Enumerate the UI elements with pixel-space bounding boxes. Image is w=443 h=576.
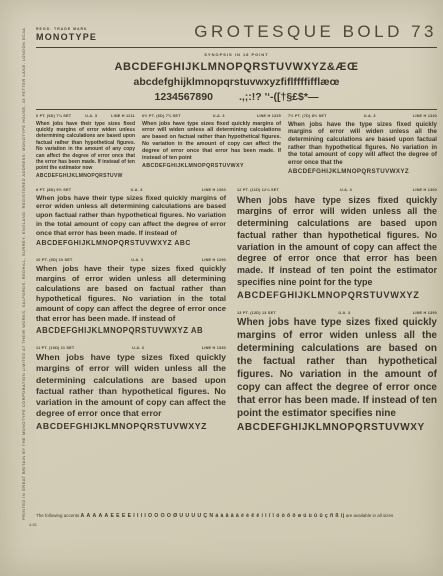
- printer-imprint-vertical: PRINTED IN GREAT BRITAIN BY THE MONOTYPE…: [21, 28, 26, 520]
- specimen-line: LINE H 1325: [257, 114, 281, 118]
- specimen-text: When jobs have type sizes fixed quickly …: [237, 317, 437, 420]
- synopsis-lowercase: abcdefghijklmnopqrstuvwxyzfiflffffifflæœ: [36, 76, 437, 88]
- specimen-7half-pt: 7½ PT. (7D) 8½ SET U.A. 3 LINE H 1340 Wh…: [288, 114, 437, 179]
- header-rule: [36, 47, 437, 48]
- specimen-alphabet: ABCDEFGHIJKLMNOPQRSTUVW: [36, 173, 135, 179]
- specimen-6pt: 6 PT. (6D) 7¼ SET U.A. 3 LINE H 1211 Whe…: [36, 114, 135, 179]
- specimen-13pt-header: 13 PT. (12D) 13 SET U.A. 3 LINE H 1390: [237, 311, 437, 315]
- specimen-line: LINE H 1390: [413, 311, 437, 315]
- left-column: 8 PT. (8D) 9½ SET U.A. 3 LINE H 1360 Whe…: [36, 188, 226, 444]
- specimen-8pt: 8 PT. (8D) 9½ SET U.A. 3 LINE H 1360 Whe…: [36, 188, 226, 247]
- specimen-8pt-header: 8 PT. (8D) 9½ SET U.A. 3 LINE H 1360: [36, 188, 226, 192]
- specimen-ua: U.A. 3: [338, 311, 350, 315]
- brand-block: REGD. TRADE MARK MONOTYPE: [36, 27, 97, 42]
- specimen-size: 13 PT. (12D) 13 SET: [237, 311, 276, 315]
- specimen-13pt: 13 PT. (12D) 13 SET U.A. 3 LINE H 1390 W…: [237, 311, 437, 433]
- synopsis-label: SYNOPSIS IN 18 POINT: [36, 52, 437, 57]
- type-specimen-sheet: PRINTED IN GREAT BRITAIN BY THE MONOTYPE…: [0, 0, 443, 576]
- specimen-text: When jobs have the type sizes fixed quic…: [288, 121, 437, 167]
- specimen-line: LINE H 1290: [202, 258, 226, 262]
- specimen-alphabet: ABCDEFGHIJKLMNOPQRSTUVWXYZ AB: [36, 326, 226, 335]
- specimen-line: LINE H 1360: [413, 188, 437, 192]
- accents-prefix: The following accents: [36, 513, 79, 518]
- specimen-alphabet: ABCDEFGHIJKLMNOPQRSTUVWXY: [237, 422, 437, 433]
- specimen-text: When jobs have their type sizes fixed qu…: [36, 264, 226, 324]
- form-number: 4-51: [29, 522, 37, 527]
- specimen-ua: U.A. 3: [131, 258, 143, 262]
- specimen-11pt: 11 PT. (10D) 11 SET U.A. 3 LINE H 1330 W…: [36, 346, 226, 431]
- specimen-ua: U.A. 3: [213, 114, 225, 118]
- specimen-7half-pt-header: 7½ PT. (7D) 8½ SET U.A. 3 LINE H 1340: [288, 114, 437, 118]
- specimen-10pt: 10 PT. (9D) 10 SET U.A. 3 LINE H 1290 Wh…: [36, 258, 226, 335]
- accent-characters: Á À Â Ä Å É È Ê Ë Í Ì Î Ï Ó Ò Ô Ö Ø Ú Ù …: [81, 513, 345, 519]
- synopsis-uppercase: ABCDEFGHIJKLMNOPQRSTUVWXYZ&ÆŒ: [36, 61, 437, 73]
- brand-name: MONOTYPE: [36, 32, 97, 42]
- specimen-6pt-header: 6 PT. (6D) 7¼ SET U.A. 3 LINE H 1211: [36, 114, 135, 118]
- specimen-6half-pt: 6½ PT. (6D) 7¾ SET U.A. 3 LINE H 1325 Wh…: [142, 114, 281, 179]
- specimen-size: 10 PT. (9D) 10 SET: [36, 258, 73, 262]
- accents-note: The following accents Á À Â Ä Å É È Ê Ë …: [36, 513, 437, 519]
- specimen-text: When jobs have type sizes fixed quickly …: [36, 352, 226, 419]
- accents-suffix: are available in all sizes: [346, 513, 394, 518]
- specimen-size: 11 PT. (10D) 11 SET: [36, 346, 74, 350]
- sheet-header: REGD. TRADE MARK MONOTYPE GROTESQUE BOLD…: [36, 22, 437, 42]
- specimen-size: 6½ PT. (6D) 7¾ SET: [142, 114, 181, 118]
- specimen-text: When jobs have type sizes fixed quickly …: [237, 195, 437, 289]
- specimen-line: LINE H 1340: [413, 114, 437, 118]
- synopsis-rule: [36, 109, 437, 110]
- right-column: 12 PT. (11D) 12¼ SET U.A. 3 LINE H 1360 …: [237, 188, 437, 444]
- synopsis-punctuation: .,;:!? '‘-([†§£$*—: [239, 91, 319, 103]
- specimen-ua: U.A. 3: [132, 346, 144, 350]
- sheet-content: REGD. TRADE MARK MONOTYPE GROTESQUE BOLD…: [36, 22, 437, 444]
- specimen-line: LINE H 1360: [202, 188, 226, 192]
- specimen-text: When jobs have their type sizes fixed qu…: [36, 195, 226, 239]
- specimen-12pt: 12 PT. (11D) 12¼ SET U.A. 3 LINE H 1360 …: [237, 188, 437, 300]
- specimen-size: 6 PT. (6D) 7¼ SET: [36, 114, 71, 118]
- specimen-line: LINE H 1330: [202, 346, 226, 350]
- specimen-ua: U.A. 3: [340, 188, 352, 192]
- specimen-ua: U.A. 3: [364, 114, 376, 118]
- specimen-6half-pt-header: 6½ PT. (6D) 7¾ SET U.A. 3 LINE H 1325: [142, 114, 281, 118]
- specimen-size: 8 PT. (8D) 9½ SET: [36, 188, 71, 192]
- large-sizes-row: 8 PT. (8D) 9½ SET U.A. 3 LINE H 1360 Whe…: [36, 188, 437, 444]
- specimen-alphabet: ABCDEFGHIJKLMNOPQRSTUVWXYZ: [237, 290, 437, 300]
- small-sizes-row: 6 PT. (6D) 7¼ SET U.A. 3 LINE H 1211 Whe…: [36, 114, 437, 179]
- specimen-alphabet: ABCDEFGHIJKLMNOPQRSTUVWXY: [142, 163, 281, 169]
- specimen-size: 7½ PT. (7D) 8½ SET: [288, 114, 327, 118]
- specimen-10pt-header: 10 PT. (9D) 10 SET U.A. 3 LINE H 1290: [36, 258, 226, 262]
- synopsis-numerals: 1234567890: [155, 91, 213, 103]
- specimen-line: LINE H 1211: [111, 114, 135, 118]
- specimen-alphabet: ABCDEFGHIJKLMNOPQRSTUVWXYZ ABC: [36, 240, 226, 247]
- specimen-size: 12 PT. (11D) 12¼ SET: [237, 188, 279, 192]
- specimen-text: When jobs have their type sizes fixed qu…: [36, 121, 135, 172]
- synopsis-block: SYNOPSIS IN 18 POINT ABCDEFGHIJKLMNOPQRS…: [36, 52, 437, 103]
- specimen-12pt-header: 12 PT. (11D) 12¼ SET U.A. 3 LINE H 1360: [237, 188, 437, 192]
- specimen-text: When jobs have type sizes fixed quickly …: [142, 121, 281, 162]
- specimen-ua: U.A. 3: [85, 114, 97, 118]
- synopsis-figures: 1234567890.,;:!? '‘-([†§£$*—: [36, 91, 437, 103]
- specimen-ua: U.A. 3: [131, 188, 143, 192]
- trademark-note: REGD. TRADE MARK: [36, 27, 97, 31]
- specimen-alphabet: ABCDEFGHIJKLMNOPQRSTUVWXYZ: [36, 421, 226, 431]
- typeface-title: GROTESQUE BOLD 73: [194, 22, 437, 42]
- specimen-alphabet: ABCDEFGHIJKLMNOPQRSTUVWXYZ: [288, 168, 437, 175]
- specimen-11pt-header: 11 PT. (10D) 11 SET U.A. 3 LINE H 1330: [36, 346, 226, 350]
